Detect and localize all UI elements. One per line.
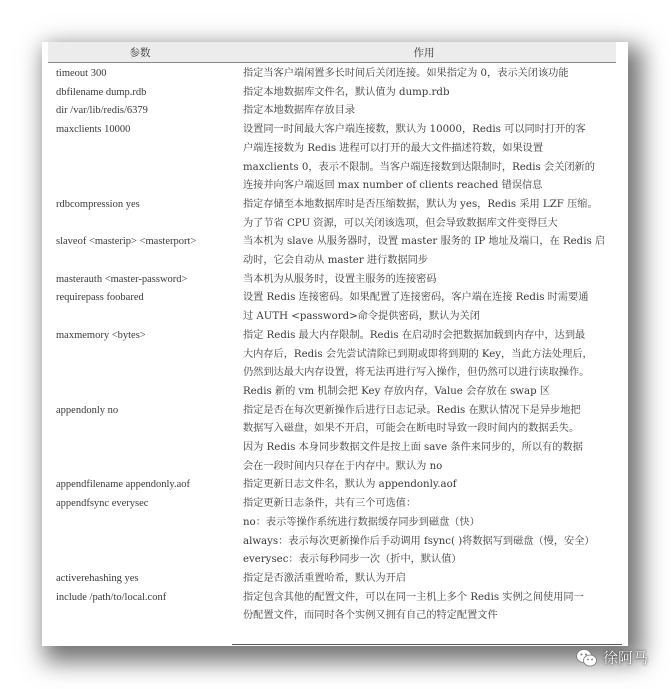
description-cell: 指定更新日志条件，共有三个可选值：no：表示等操作系统进行数据缓存同步到磁盘（快… <box>243 495 621 570</box>
table-row: dir /var/lib/redis/6379指定本地数据库存放目录 <box>48 102 622 121</box>
table-header: 参数 作用 <box>48 42 616 63</box>
param-cell: rdbcompression yes <box>56 196 140 215</box>
header-param: 参数 <box>48 45 232 60</box>
param-cell: activerehashing yes <box>56 570 139 589</box>
description-cell: 指定存储至本地数据库时是否压缩数据，默认为 yes，Redis 采用 LZF 压… <box>243 196 621 233</box>
description-cell: 指定本地数据库存放目录 <box>243 102 621 121</box>
description-line: 指定更新日志条件，共有三个可选值： <box>243 495 621 514</box>
param-cell: timeout 300 <box>56 65 106 84</box>
description-line: everysec：表示每秒同步一次（折中，默认值） <box>243 551 621 570</box>
table-row: activerehashing yes指定是否激活重置哈希，默认为开启 <box>48 570 622 589</box>
description-line: 指定是否激活重置哈希，默认为开启 <box>243 570 621 589</box>
table-row: appendfilename appendonly.aof指定更新日志文件名，默… <box>48 476 622 495</box>
description-line: 过 AUTH <password>命令提供密码，默认为关闭 <box>243 308 621 327</box>
param-cell: maxclients 10000 <box>56 121 130 140</box>
description-cell: 当本机为从服务时，设置主服务的连接密码 <box>243 271 621 290</box>
wechat-icon <box>576 648 598 668</box>
description-line: 设置同一时间最大客户端连接数，默认为 10000，Redis 可以同时打开的客 <box>243 121 621 140</box>
description-line: Redis 新的 vm 机制会把 Key 存放内存，Value 会存放在 swa… <box>243 383 621 402</box>
description-cell: 指定本地数据库文件名，默认值为 dump.rdb <box>243 84 621 103</box>
description-line: 指定当客户端闲置多长时间后关闭连接。如果指定为 0，表示关闭该功能 <box>243 65 621 84</box>
description-cell: 指定当客户端闲置多长时间后关闭连接。如果指定为 0，表示关闭该功能 <box>243 65 621 84</box>
param-cell: dir /var/lib/redis/6379 <box>56 102 148 121</box>
table-row: maxclients 10000设置同一时间最大客户端连接数，默认为 10000… <box>48 121 622 196</box>
description-cell: 指定是否激活重置哈希，默认为开启 <box>243 570 621 589</box>
description-line: 数据写入磁盘，如果不开启，可能会在断电时导致一段时间内的数据丢失。 <box>243 420 621 439</box>
description-line: 仍然到达最大内存设置，将无法再进行写入操作，但仍然可以进行读取操作。 <box>243 364 621 383</box>
description-line: 指定本地数据库存放目录 <box>243 102 621 121</box>
table-row: appendonly no指定是否在每次更新操作后进行日志记录。Redis 在默… <box>48 402 622 477</box>
watermark: 徐阿马 <box>576 647 648 668</box>
param-cell: dbfilename dump.rdb <box>56 84 146 103</box>
description-cell: 当本机为 slave 从服务器时，设置 master 服务的 IP 地址及端口，… <box>243 233 621 270</box>
table-row: timeout 300指定当客户端闲置多长时间后关闭连接。如果指定为 0，表示关… <box>48 65 622 84</box>
description-line: 指定包含其他的配置文件，可以在同一主机上多个 Redis 实例之间使用同一 <box>243 589 621 608</box>
description-line: no：表示等操作系统进行数据缓存同步到磁盘（快） <box>243 514 621 533</box>
description-line: 当本机为 slave 从服务器时，设置 master 服务的 IP 地址及端口，… <box>243 233 621 252</box>
table-bottom-rule <box>232 644 622 645</box>
description-line: 大内存后，Redis 会先尝试清除已到期或即将到期的 Key，当此方法处理后， <box>243 346 621 365</box>
description-line: 指定是否在每次更新操作后进行日志记录。Redis 在默认情况下是异步地把 <box>243 402 621 421</box>
table-row: appendfsync everysec指定更新日志条件，共有三个可选值：no：… <box>48 495 622 570</box>
table-row: rdbcompression yes指定存储至本地数据库时是否压缩数据，默认为 … <box>48 196 622 233</box>
description-cell: 设置 Redis 连接密码。如果配置了连接密码，客户端在连接 Redis 时需要… <box>243 289 621 326</box>
description-cell: 指定包含其他的配置文件，可以在同一主机上多个 Redis 实例之间使用同一份配置… <box>243 589 621 626</box>
header-function: 作用 <box>232 45 616 60</box>
description-cell: 设置同一时间最大客户端连接数，默认为 10000，Redis 可以同时打开的客户… <box>243 121 621 196</box>
table-body: timeout 300指定当客户端闲置多长时间后关闭连接。如果指定为 0，表示关… <box>48 65 622 626</box>
description-line: always：表示每次更新操作后手动调用 fsync( )将数据写到磁盘（慢，安… <box>243 533 621 552</box>
description-cell: 指定是否在每次更新操作后进行日志记录。Redis 在默认情况下是异步地把数据写入… <box>243 402 621 477</box>
description-cell: 指定更新日志文件名，默认为 appendonly.aof <box>243 476 621 495</box>
description-cell: 指定 Redis 最大内存限制。Redis 在启动时会把数据加载到内存中，达到最… <box>243 327 621 402</box>
param-cell: include /path/to/local.conf <box>56 589 166 608</box>
param-cell: masterauth <master-password> <box>56 271 187 290</box>
description-line: 户端连接数为 Redis 进程可以打开的最大文件描述符数，如果设置 <box>243 140 621 159</box>
param-cell: appendonly no <box>56 402 118 421</box>
description-line: 动时，它会自动从 master 进行数据同步 <box>243 252 621 271</box>
description-line: 指定 Redis 最大内存限制。Redis 在启动时会把数据加载到内存中，达到最 <box>243 327 621 346</box>
table-row: include /path/to/local.conf指定包含其他的配置文件，可… <box>48 589 622 626</box>
description-line: 份配置文件，而同时各个实例又拥有自己的特定配置文件 <box>243 607 621 626</box>
description-line: maxclients 0，表示不限制。当客户端连接数到达限制时，Redis 会关… <box>243 159 621 178</box>
description-line: 为了节省 CPU 资源，可以关闭该选项，但会导致数据库文件变得巨大 <box>243 215 621 234</box>
param-cell: appendfilename appendonly.aof <box>56 476 190 495</box>
param-cell: appendfsync everysec <box>56 495 148 514</box>
param-cell: requirepass foobared <box>56 289 144 308</box>
description-line: 因为 Redis 本身同步数据文件是按上面 save 条件来同步的，所以有的数据 <box>243 439 621 458</box>
table-row: masterauth <master-password>当本机为从服务时，设置主… <box>48 271 622 290</box>
description-line: 设置 Redis 连接密码。如果配置了连接密码，客户端在连接 Redis 时需要… <box>243 289 621 308</box>
param-cell: maxmemory <bytes> <box>56 327 146 346</box>
description-line: 指定本地数据库文件名，默认值为 dump.rdb <box>243 84 621 103</box>
description-line: 指定更新日志文件名，默认为 appendonly.aof <box>243 476 621 495</box>
table-row: maxmemory <bytes>指定 Redis 最大内存限制。Redis 在… <box>48 327 622 402</box>
description-line: 连接并向客户端返回 max number of clients reached … <box>243 177 621 196</box>
table-row: dbfilename dump.rdb指定本地数据库文件名，默认值为 dump.… <box>48 84 622 103</box>
watermark-text: 徐阿马 <box>603 647 648 668</box>
table-row: slaveof <masterip> <masterport>当本机为 slav… <box>48 233 622 270</box>
param-cell: slaveof <masterip> <masterport> <box>56 233 196 252</box>
description-line: 当本机为从服务时，设置主服务的连接密码 <box>243 271 621 290</box>
document-card: 参数 作用 timeout 300指定当客户端闲置多长时间后关闭连接。如果指定为… <box>42 42 628 646</box>
table-row: requirepass foobared设置 Redis 连接密码。如果配置了连… <box>48 289 622 326</box>
description-line: 指定存储至本地数据库时是否压缩数据，默认为 yes，Redis 采用 LZF 压… <box>243 196 621 215</box>
description-line: 会在一段时间内只存在于内存中。默认为 no <box>243 458 621 477</box>
